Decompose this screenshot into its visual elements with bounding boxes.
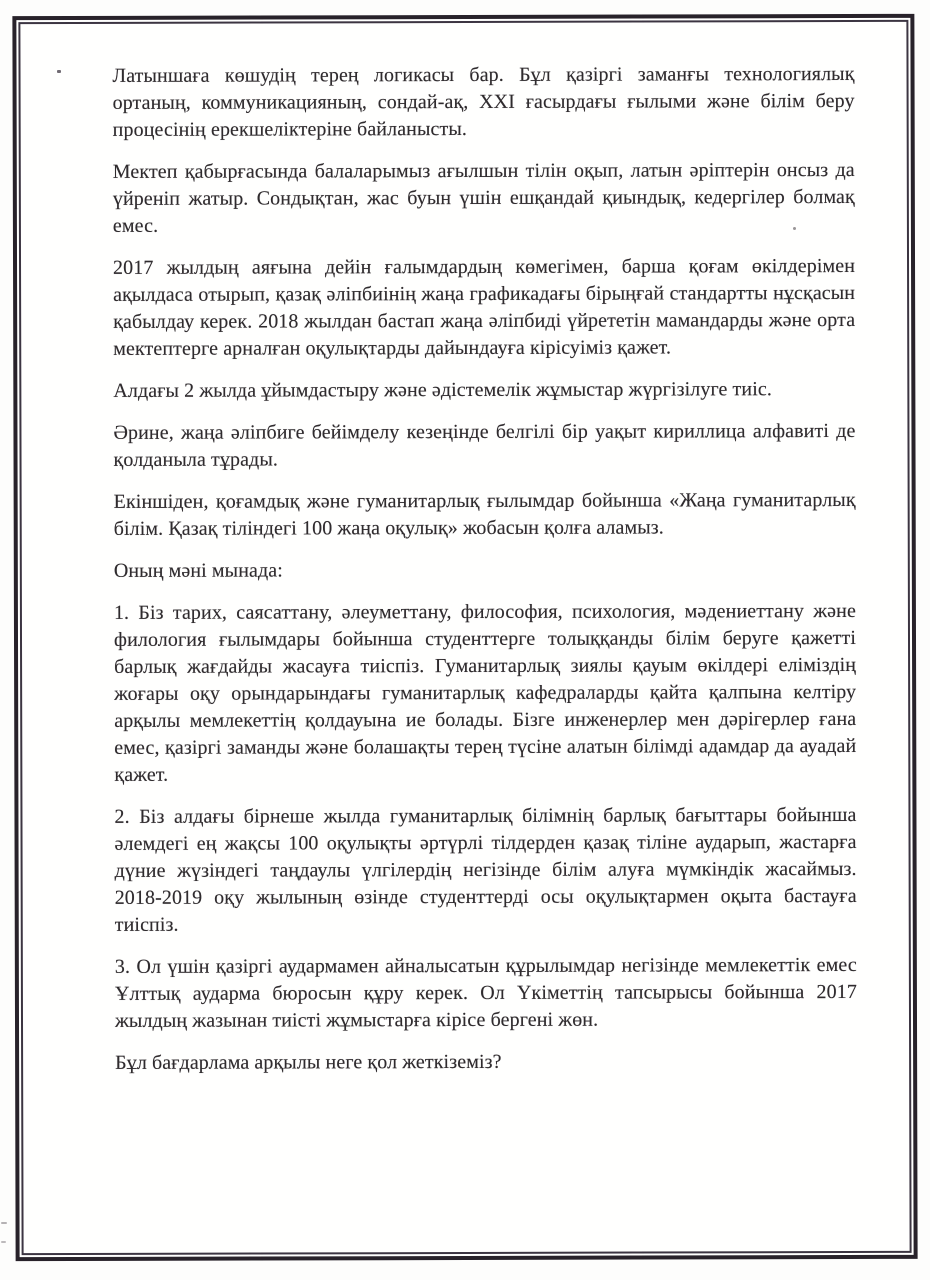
scan-speck bbox=[1, 1222, 7, 1224]
paragraph: Екіншіден, қоғамдық және гуманитарлық ғы… bbox=[114, 487, 856, 543]
scan-speck bbox=[57, 70, 61, 73]
paragraph: Оның мәні мынада: bbox=[114, 556, 856, 585]
paragraph: Латыншаға көшудің терең логикасы бар. Бұ… bbox=[112, 61, 854, 144]
scanned-document-page: Латыншаға көшудің терең логикасы бар. Бұ… bbox=[0, 0, 930, 1280]
paragraph: Мектеп қабырғасында балаларымыз ағылшын … bbox=[113, 157, 855, 240]
paragraph: Алдағы 2 жылда ұйымдастыру және әдістеме… bbox=[113, 376, 855, 405]
scan-speck bbox=[793, 227, 796, 230]
paragraph: 3. Ол үшін қазіргі аудармамен айналысаты… bbox=[115, 952, 857, 1035]
paragraph: 2. Біз алдағы бірнеше жылда гуманитарлық… bbox=[114, 802, 856, 939]
page-frame: Латыншаға көшудің терең логикасы бар. Бұ… bbox=[12, 14, 917, 1261]
paragraph: Бұл бағдарлама арқылы неге қол жеткіземі… bbox=[115, 1048, 857, 1077]
page-frame-inner-rule: Латыншаға көшудің терең логикасы бар. Бұ… bbox=[18, 20, 911, 1255]
paragraph: 1. Біз тарих, саясаттану, әлеуметтану, ф… bbox=[114, 598, 856, 789]
document-body: Латыншаға көшудің терең логикасы бар. Бұ… bbox=[112, 61, 857, 1077]
paragraph: 2017 жылдың аяғына дейін ғалымдардың көм… bbox=[113, 253, 855, 363]
paragraph: Әрине, жаңа әліпбиге бейімделу кезеңінде… bbox=[113, 418, 855, 474]
scan-speck bbox=[1, 1241, 6, 1243]
